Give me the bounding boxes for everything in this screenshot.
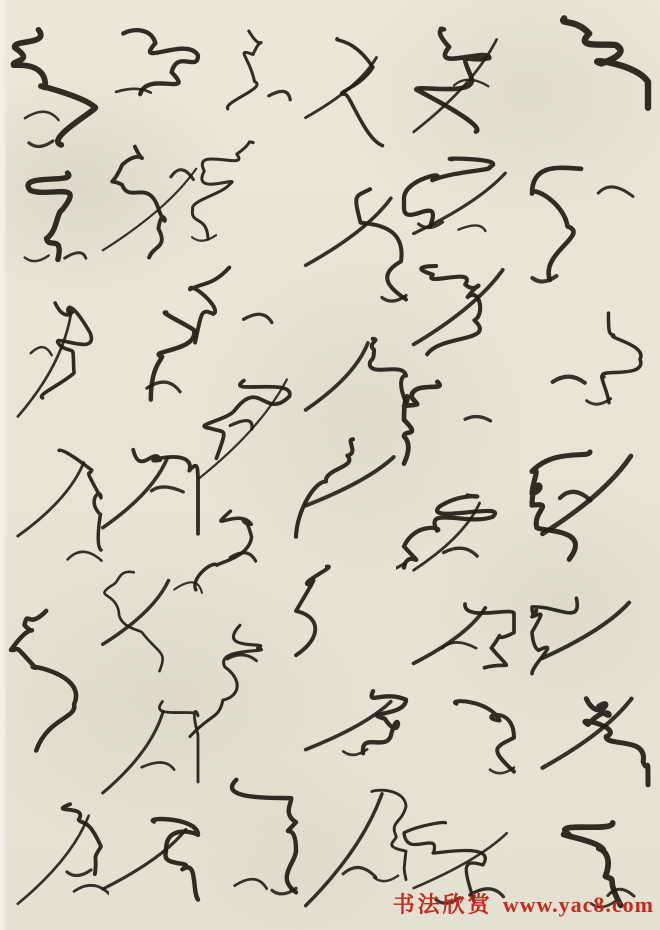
calligraphy-column-3: 爺孃聞女來出郭 — [288, 33, 414, 928]
calligraphy-char: 故 — [396, 695, 522, 817]
brush-strokes — [396, 595, 522, 695]
brush-strokes — [288, 330, 414, 434]
calligraphy-char: 來 — [3, 444, 109, 602]
brush-strokes — [3, 166, 109, 297]
calligraphy-page: 尚書郎願馳明駝千里足送兒還故鄉爺孃聞女來出郭相扶將阿姊聞妹來當戶理紅妝小弟聞姊來… — [0, 0, 660, 930]
calligraphy-char: 尚 — [524, 14, 656, 159]
calligraphy-char: 郎 — [524, 306, 656, 444]
calligraphy-char: 兒 — [396, 486, 522, 595]
brush-strokes — [524, 594, 656, 691]
calligraphy-char: 爺 — [288, 33, 414, 182]
calligraphy-char: 書 — [524, 159, 656, 306]
brush-strokes — [3, 298, 109, 443]
calligraphy-char: 來 — [288, 561, 414, 686]
calligraphy-char: 足 — [396, 262, 522, 375]
brush-strokes — [524, 159, 656, 305]
calligraphy-char: 願 — [524, 444, 656, 594]
watermark-url: www.yac8.com — [503, 892, 654, 917]
calligraphy-char: 孃 — [288, 182, 414, 330]
brush-strokes — [396, 20, 522, 154]
brush-strokes — [524, 14, 656, 158]
brush-strokes — [288, 561, 414, 685]
brush-strokes — [3, 800, 109, 928]
calligraphy-char: 馳 — [524, 594, 656, 691]
brush-strokes — [288, 686, 414, 784]
brush-strokes — [288, 182, 414, 330]
brush-strokes — [524, 306, 656, 444]
calligraphy-char: 還 — [396, 595, 522, 695]
calligraphy-char: 弟 — [3, 22, 109, 166]
calligraphy-char: 女 — [288, 435, 414, 561]
calligraphy-char: 姊 — [3, 298, 109, 444]
calligraphy-char: 聞 — [288, 330, 414, 435]
calligraphy-column-6: 弟聞姊來磨刀 — [3, 22, 109, 928]
calligraphy-char: 千 — [396, 20, 522, 154]
brush-strokes — [396, 154, 522, 262]
calligraphy-char: 送 — [396, 376, 522, 486]
watermark-site-name: 书法欣赏 — [393, 892, 493, 917]
calligraphy-char: 刀 — [3, 800, 109, 928]
brush-strokes — [3, 22, 109, 166]
brush-strokes — [524, 691, 656, 813]
brush-strokes — [396, 486, 522, 594]
brush-strokes — [524, 444, 656, 594]
brush-strokes — [288, 33, 414, 182]
watermark: 书法欣赏www.yac8.com — [393, 888, 654, 919]
calligraphy-char: 出 — [288, 686, 414, 784]
brush-strokes — [3, 444, 109, 602]
brush-strokes — [396, 695, 522, 817]
brush-strokes — [396, 376, 522, 486]
calligraphy-char: 里 — [396, 154, 522, 262]
calligraphy-char: 明 — [524, 691, 656, 813]
brush-strokes — [288, 435, 414, 560]
calligraphy-column-2: 千里足送兒還故鄉 — [396, 20, 522, 928]
calligraphy-char: 聞 — [3, 166, 109, 298]
calligraphy-char: 磨 — [3, 603, 109, 800]
calligraphy-column-1: 尚書郎願馳明駝 — [524, 14, 656, 928]
brush-strokes — [396, 262, 522, 375]
brush-strokes — [3, 603, 109, 800]
